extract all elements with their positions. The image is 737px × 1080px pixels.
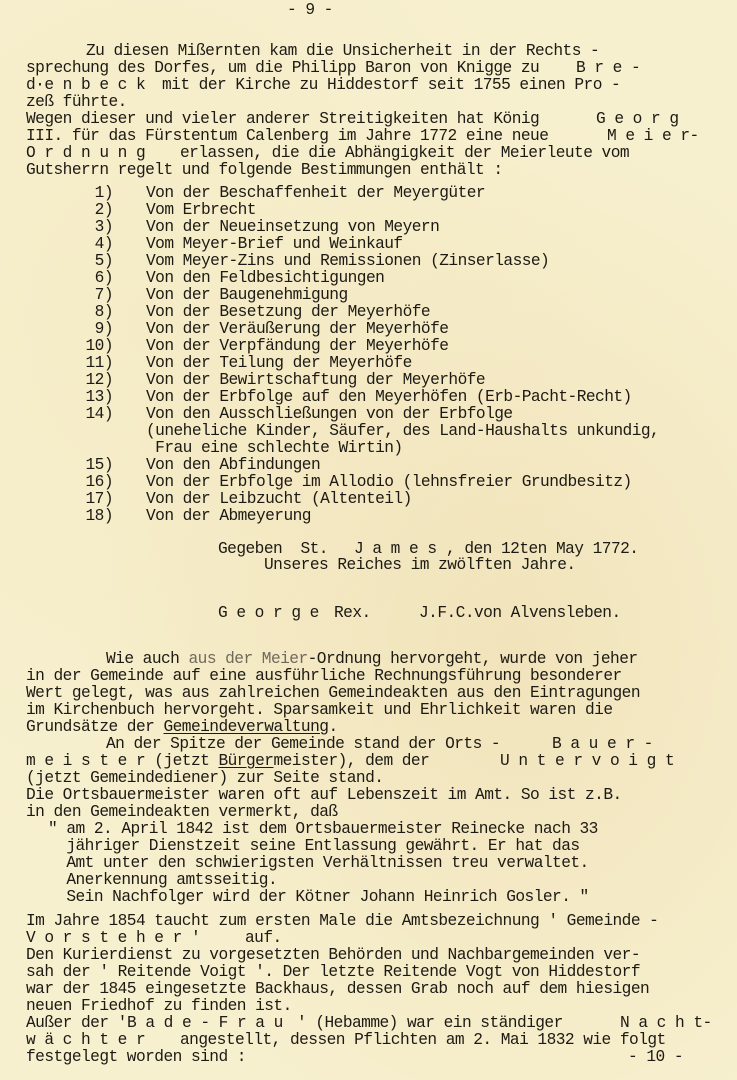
spaced-word: m e i s t e r	[26, 752, 145, 770]
ordinance-item-text: Von den Feldbesichtigungen	[146, 270, 384, 287]
ordinance-item-number: 11)	[73, 355, 113, 372]
spaced-word: U n t e r v o i g t	[500, 753, 674, 770]
text-line: angestellt, dessen Pflichten am 2. Mai 1…	[180, 1032, 666, 1049]
text-line: Außer der '	[26, 1015, 127, 1032]
text-line: III. für das Fürstentum Calenberg im Jah…	[26, 128, 548, 145]
text-line: im Kirchenbuch hervorgeht. Sparsamkeit u…	[26, 702, 613, 719]
spaced-word: V o r s t e h e r '	[26, 930, 200, 947]
text-fragment: -Ordnung hervorgeht, wurde von jeher	[308, 650, 638, 668]
quote-line: Amt unter den schwierigsten Verhältnisse…	[48, 855, 589, 872]
quote-line: jähriger Dienstzeit seine Entlassung gew…	[48, 838, 580, 855]
text-line: auf.	[245, 930, 282, 947]
ordinance-item-number: 14)	[73, 406, 113, 423]
ordinance-item-number: 12)	[73, 372, 113, 389]
ordinance-item-text: Von der Neueinsetzung von Meyern	[146, 219, 439, 236]
text-line: Im Jahre 1854 taucht zum ersten Male die…	[26, 913, 658, 930]
ordinance-item-text: Von der Veräußerung der Meyerhöfe	[146, 321, 448, 338]
text-line: Den Kurierdienst zu vorgesetzten Behörde…	[26, 947, 640, 964]
ordinance-item-text: Von der Erbfolge auf den Meyerhöfen (Erb…	[146, 389, 632, 406]
text-line: Wie auch aus der Meier-Ordnung hervorgeh…	[106, 651, 638, 668]
spaced-word: B a d e - F r a u	[127, 1015, 283, 1032]
text-line: zeß führte.	[26, 94, 127, 111]
quote-line: " am 2. April 1842 ist dem Ortsbauermeis…	[48, 821, 598, 838]
text-line: Die Ortsbauermeister waren oft auf Leben…	[26, 787, 622, 804]
text-line: Wegen dieser und vieler anderer Streitig…	[26, 111, 539, 128]
ordinance-item-text: Vom Meyer-Brief und Weinkauf	[146, 236, 403, 253]
ordinance-item-number: 8)	[73, 304, 113, 321]
underlined-text: Gemeindeverwaltung	[163, 718, 328, 736]
text-line: An der Spitze der Gemeinde stand der Ort…	[106, 736, 500, 753]
ordinance-item-text: Von der Leibzucht (Altenteil)	[146, 491, 412, 508]
ordinance-item-text: Frau eine schlechte Wirtin)	[146, 440, 403, 457]
text-line: festgelegt worden sind :	[26, 1049, 246, 1066]
ordinance-item-number: 18)	[73, 508, 113, 525]
page-number-footer: - 10 -	[628, 1049, 683, 1066]
ordinance-item-number: 1)	[73, 185, 113, 202]
text-fragment: (jetzt	[145, 752, 218, 770]
underlined-text: Bürger	[218, 752, 273, 770]
ordinance-item-text: Von der Teilung der Meyerhöfe	[146, 355, 412, 372]
text-line: sprechung des Dorfes, um die Philipp Bar…	[26, 60, 539, 77]
spaced-word: M e i e r-	[607, 128, 699, 145]
text-fragment: meister), dem der	[273, 752, 429, 770]
spaced-word: d·e n b e c k	[26, 77, 145, 94]
page-number-header: - 9 -	[287, 2, 333, 19]
signature-rex: Rex.	[334, 605, 371, 622]
text-line: in der Gemeinde auf eine ausführliche Re…	[26, 668, 622, 685]
ordinance-item-number: 6)	[73, 270, 113, 287]
text-fragment: Wie auch	[106, 650, 188, 668]
ordinance-item-text: Von der Baugenehmigung	[146, 287, 348, 304]
ordinance-item-text: Vom Erbrecht	[146, 202, 256, 219]
ordinance-item-text: Vom Meyer-Zins und Remissionen (Zinserla…	[146, 253, 549, 270]
ordinance-item-text: Von der Abmeyerung	[146, 508, 311, 525]
ordinance-item-number: 16)	[73, 474, 113, 491]
text-line: neuen Friedhof zu finden ist.	[26, 998, 292, 1015]
text-line: Grundsätze der Gemeindeverwaltung.	[26, 719, 338, 736]
text-line: sah der ' Reitende Voigt '. Der letzte R…	[26, 964, 640, 981]
text-line: war der 1845 eingesetzte Backhaus, desse…	[26, 981, 649, 998]
text-line: Unseres Reiches im zwölften Jahre.	[264, 557, 576, 574]
spaced-word: O r d n u n g	[26, 145, 145, 162]
text-line: mit der Kirche zu Hiddestorf seit 1755 e…	[162, 77, 620, 94]
text-line: in den Gemeindeakten vermerkt, daß	[26, 804, 338, 821]
ordinance-item-number: 3)	[73, 219, 113, 236]
spaced-word: B r e -	[576, 60, 640, 77]
text-line: erlassen, die die Abhängigkeit der Meier…	[180, 145, 629, 162]
ordinance-item-text: Von der Verpfändung der Meyerhöfe	[146, 338, 448, 355]
spaced-word: N a c h t-	[620, 1015, 712, 1032]
text-line: ' (Hebamme) war ein ständiger	[297, 1015, 563, 1032]
text-line: Wert gelegt, was aus zahlreichen Gemeind…	[26, 685, 640, 702]
quote-line: Sein Nachfolger wird der Kötner Johann H…	[48, 889, 589, 906]
ordinance-item-number: 17)	[73, 491, 113, 508]
signature-king: G e o r g e	[218, 605, 319, 622]
ordinance-item-number: 2)	[73, 202, 113, 219]
ordinance-item-text: Von der Besetzung der Meyerhöfe	[146, 304, 430, 321]
ordinance-item-text: Von den Ausschließungen von der Erbfolge	[146, 406, 513, 423]
ordinance-item-text: Von der Beschaffenheit der Meyergüter	[146, 185, 485, 202]
ordinance-item-number: 5)	[73, 253, 113, 270]
ordinance-item-number: 4)	[73, 236, 113, 253]
quote-line: Anerkennung amtsseitig.	[48, 872, 277, 889]
spaced-word: G e o r g	[596, 111, 678, 128]
text-fragment: .	[328, 718, 337, 736]
signature-minister: J.F.C.von Alvensleben.	[419, 605, 621, 622]
text-fragment: Grundsätze der	[26, 718, 163, 736]
ordinance-item-number: 13)	[73, 389, 113, 406]
ordinance-item-number: 7)	[73, 287, 113, 304]
spaced-word: w ä c h t e r	[26, 1032, 145, 1049]
ordinance-item-number: 9)	[73, 321, 113, 338]
faded-text: aus der Meier	[188, 650, 307, 668]
spaced-word: B a u e r -	[552, 736, 653, 753]
text-line: Zu diesen Mißernten kam die Unsicherheit…	[86, 43, 599, 60]
text-line: m e i s t e r (jetzt Bürgermeister), dem…	[26, 753, 429, 770]
ordinance-item-text: Von der Bewirtschaftung der Meyerhöfe	[146, 372, 485, 389]
ordinance-item-number: 10)	[73, 338, 113, 355]
ordinance-item-text: Von der Erbfolge im Allodio (lehnsfreier…	[146, 474, 632, 491]
ordinance-item-text: (uneheliche Kinder, Säufer, des Land-Hau…	[146, 423, 659, 440]
text-line: Gutsherrn regelt und folgende Bestimmung…	[26, 162, 503, 179]
ordinance-item-number: 15)	[73, 457, 113, 474]
ordinance-item-text: Von den Abfindungen	[146, 457, 320, 474]
text-line: (jetzt Gemeindediener) zur Seite stand.	[26, 770, 383, 787]
document-page: - 9 - Zu diesen Mißernten kam die Unsich…	[0, 0, 737, 1080]
